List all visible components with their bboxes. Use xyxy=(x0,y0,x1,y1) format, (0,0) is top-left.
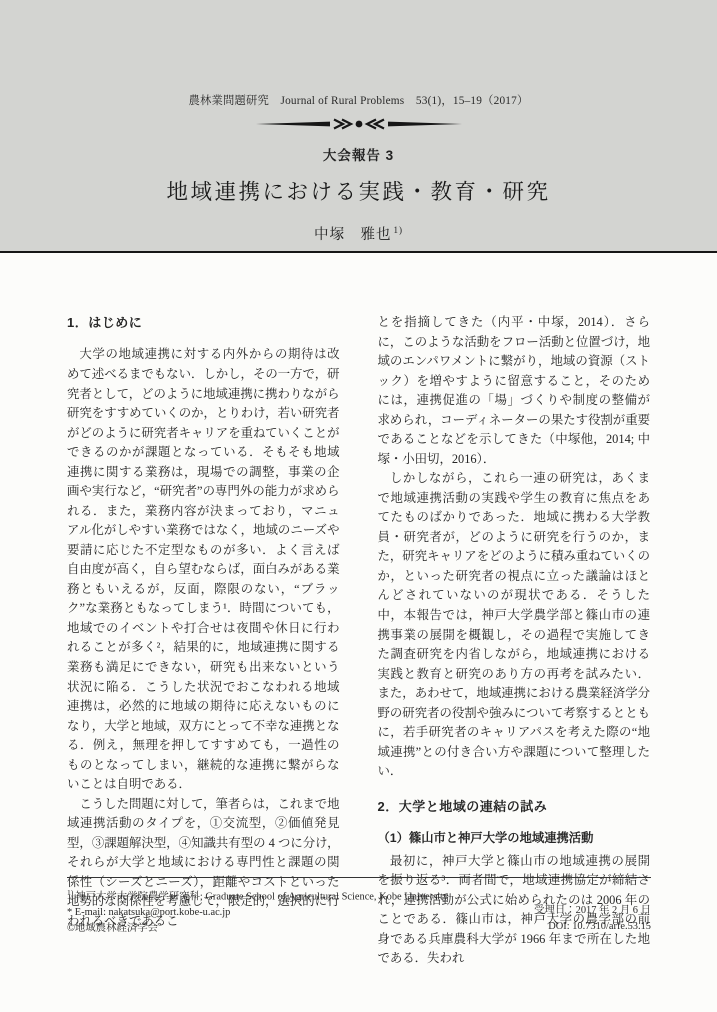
article-body: 1．はじめに大学の地域連携に対する内外からの期待は改めて述べるまでもない．しかし… xyxy=(0,313,717,969)
author-line: 中塚 雅也1) xyxy=(0,223,717,244)
subsection-heading: （1）篠山市と神戸大学の地域連携活動 xyxy=(378,829,651,848)
footnote-left: 1)神戸大学大学院農学研究科; Graduate School of Agric… xyxy=(67,887,448,936)
left-column: 1．はじめに大学の地域連携に対する内外からの期待は改めて述べるまでもない．しかし… xyxy=(67,313,340,969)
journal-citation-line: 農林業問題研究 Journal of Rural Problems 53(1)，… xyxy=(0,92,717,108)
footnote-area: 1)神戸大学大学院農学研究科; Graduate School of Agric… xyxy=(67,877,651,936)
body-paragraph: とを指摘してきた（内平・中塚，2014）．さらに，このような活動をフロー活動と位… xyxy=(378,313,651,469)
paper-page: 農林業問題研究 Journal of Rural Problems 53(1)，… xyxy=(0,0,717,1012)
copyright-note: ©地域農林経済学会 xyxy=(67,921,448,937)
title-header-band: 農林業問題研究 Journal of Rural Problems 53(1)，… xyxy=(0,0,717,253)
email-note: * E-mail: nakatsuka@port.kobe-u.ac.jp xyxy=(67,905,448,921)
footnote-row: 1)神戸大学大学院農学研究科; Graduate School of Agric… xyxy=(67,887,651,936)
decorative-divider-icon xyxy=(254,117,464,131)
report-number-label: 大会報告 3 xyxy=(0,144,717,164)
right-column: とを指摘してきた（内平・中塚，2014）．さらに，このような活動をフロー活動と位… xyxy=(378,313,651,969)
section-heading: 2．大学と地域の連結の試み xyxy=(378,797,651,817)
author-footnote-marker: 1) xyxy=(394,225,404,235)
doi-text: DOI: 10.7310/arfe.53.15 xyxy=(534,919,651,935)
affiliation-note: 1)神戸大学大学院農学研究科; Graduate School of Agric… xyxy=(67,887,448,905)
section-heading: 1．はじめに xyxy=(67,313,340,333)
author-name: 中塚 雅也 xyxy=(314,227,392,243)
received-date: 受理日：2017 年 2 月 6 日 xyxy=(534,903,651,919)
body-paragraph: 大学の地域連携に対する内外からの期待は改めて述べるまでもない．しかし，その一方で… xyxy=(67,345,340,794)
page-title: 地域連携における実践・教育・研究 xyxy=(0,175,717,206)
body-paragraph: しかしながら，これら一連の研究は，あくまで地域連携活動の実践や学生の教育に焦点を… xyxy=(378,469,651,782)
affiliation-marker: 1) xyxy=(67,888,73,897)
affiliation-text: 神戸大学大学院農学研究科; Graduate School of Agricul… xyxy=(75,891,448,902)
footnote-right: 受理日：2017 年 2 月 6 日 DOI: 10.7310/arfe.53.… xyxy=(534,903,651,936)
two-column-layout: 1．はじめに大学の地域連携に対する内外からの期待は改めて述べるまでもない．しかし… xyxy=(67,313,650,969)
